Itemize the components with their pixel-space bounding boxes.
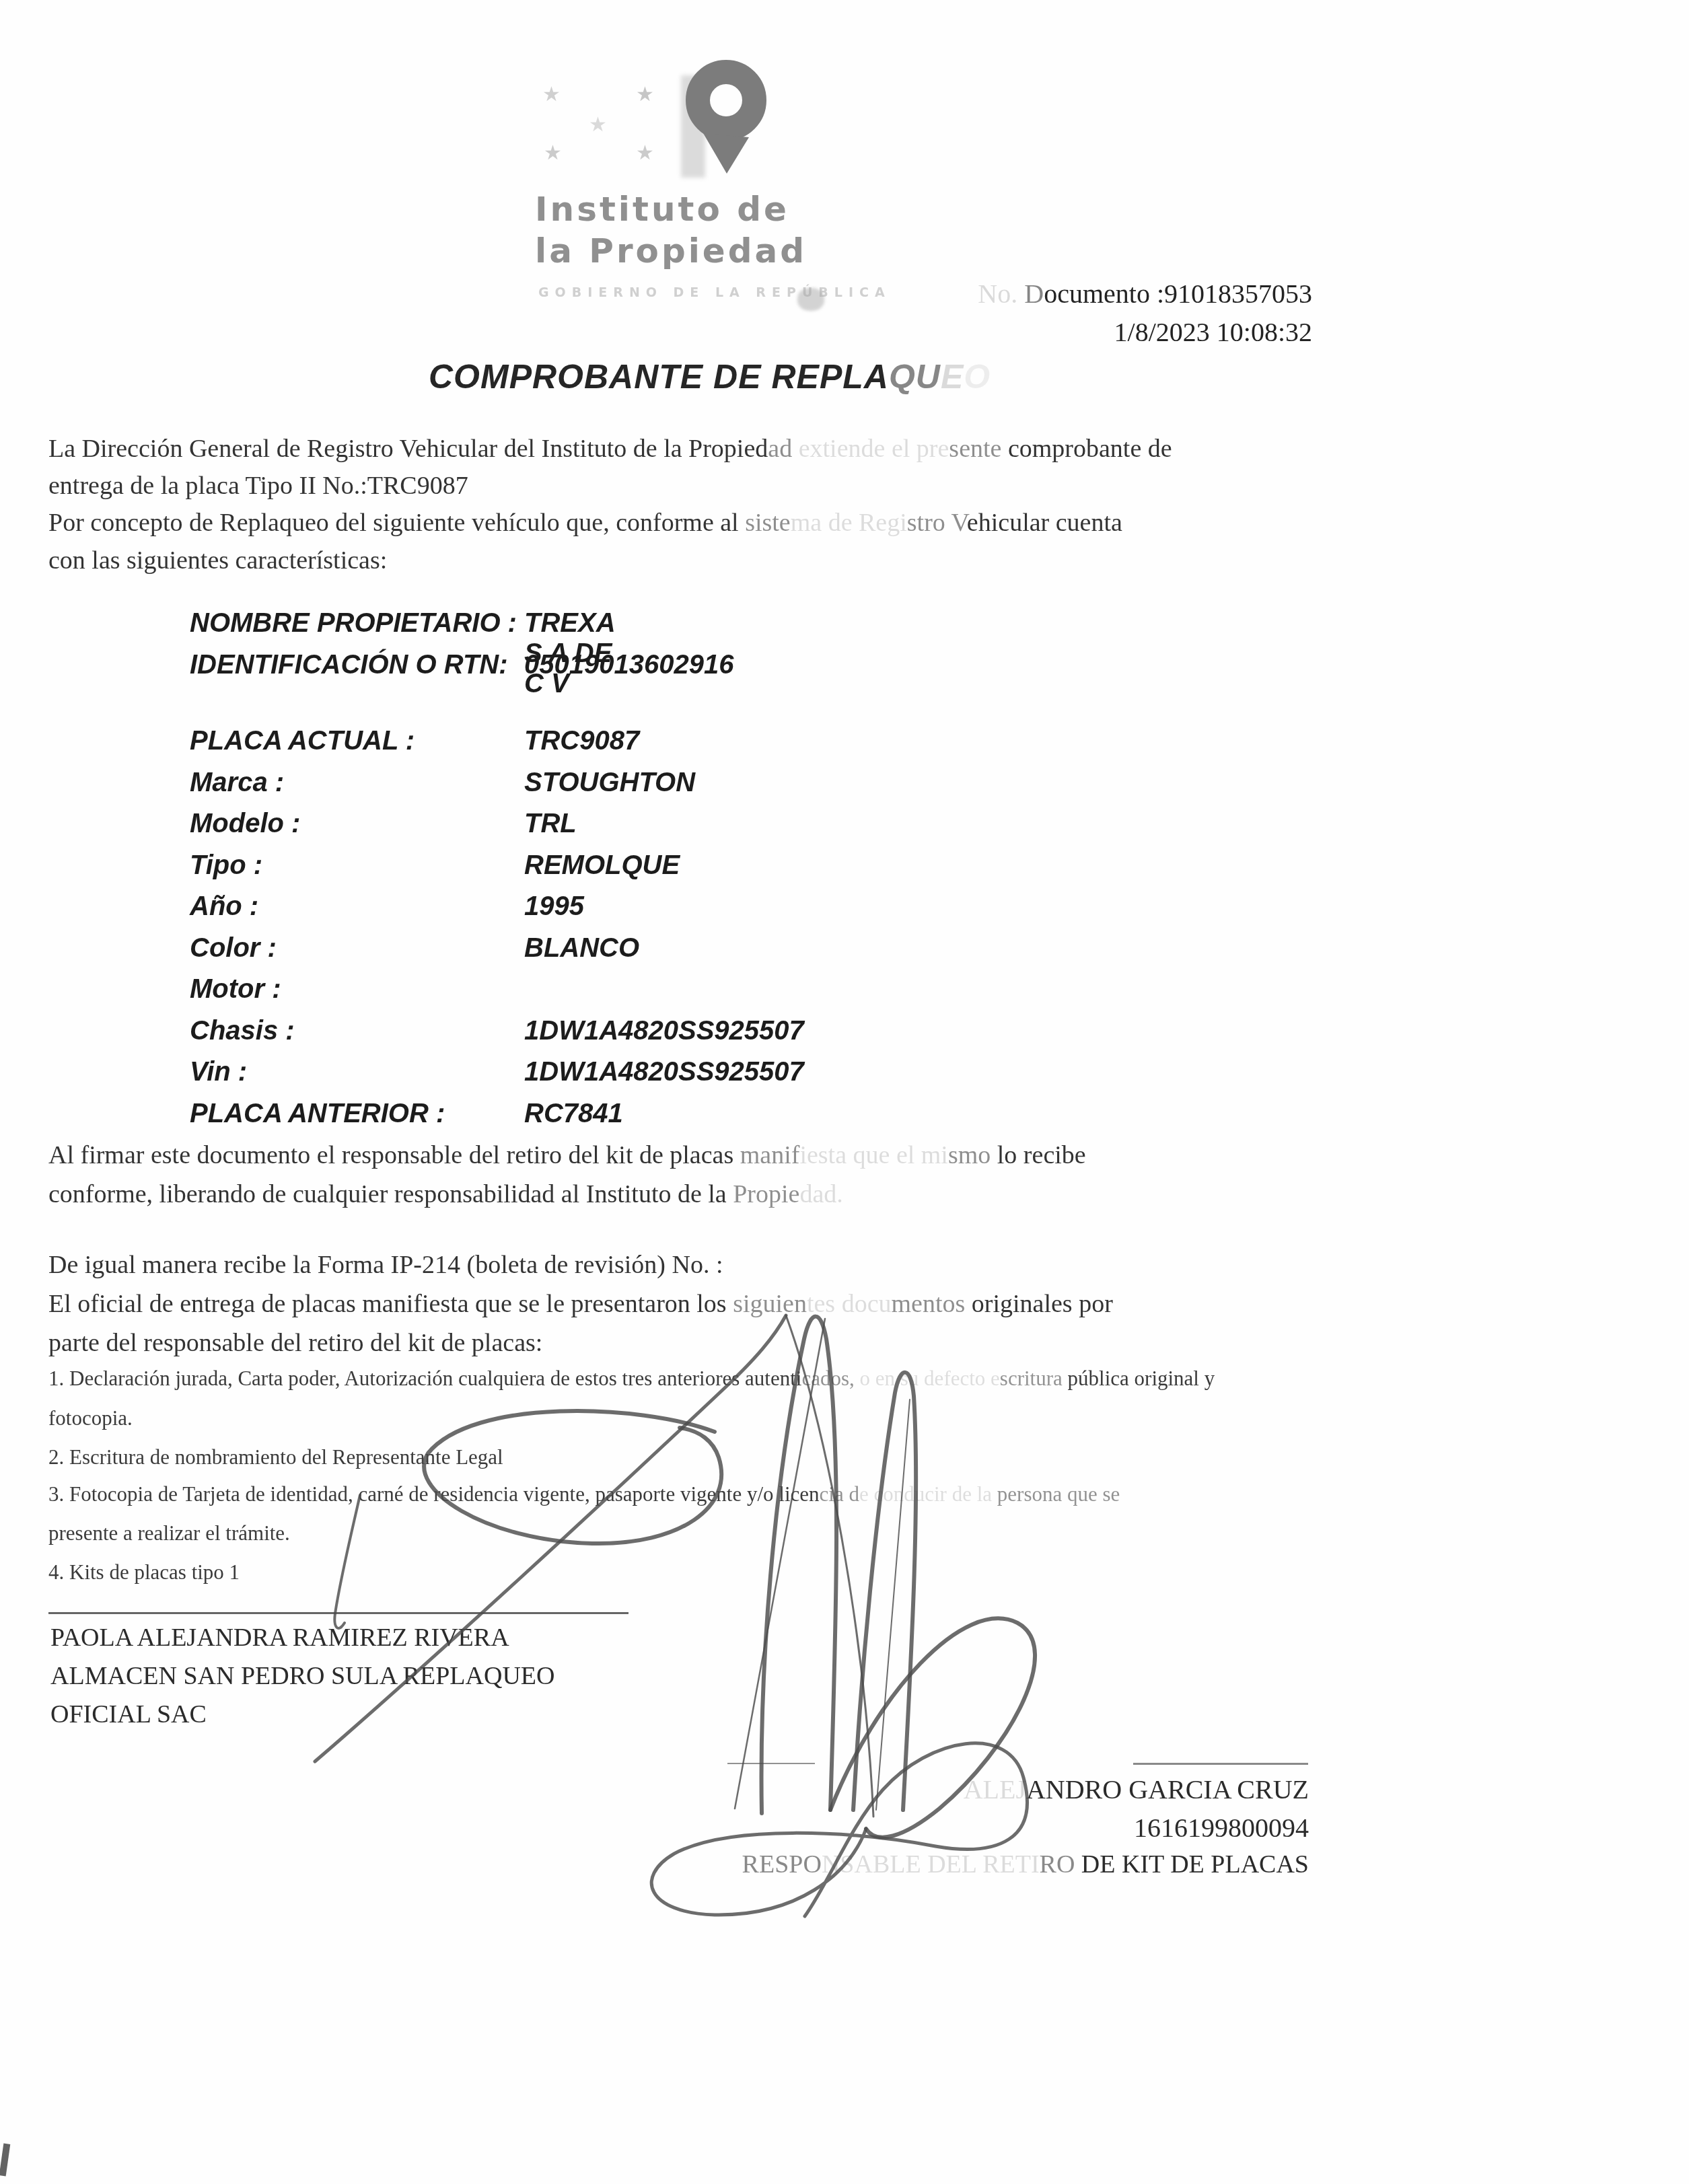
closing-line-1: Al firmar este documento el responsable …	[48, 1140, 1086, 1170]
right-signer-role: RESPONSABLE DEL RETIRO DE KIT DE PLACAS	[742, 1850, 1309, 1879]
field-value: RC7841	[524, 1099, 623, 1129]
closing-line-3: De igual manera recibe la Forma IP-214 (…	[48, 1250, 723, 1280]
text-segment: ocumento :91018357053	[1044, 279, 1312, 309]
field-value: BLANCO	[524, 933, 639, 963]
text-segment: La Dirección General de Registro Vehicul…	[48, 435, 768, 463]
intro-line-3: Por concepto de Replaqueo del siguiente …	[48, 508, 1122, 538]
text-segment: 2. Escritura de nombramiento del Represe…	[48, 1445, 503, 1469]
field-value: REMOLQUE	[524, 850, 680, 881]
text-segment: dad.	[799, 1180, 842, 1208]
text-segment: parte del responsable del retiro del kit…	[48, 1329, 542, 1357]
star-icon: ★	[542, 83, 561, 106]
field-row: Chasis :1DW1A4820SS925507	[190, 1016, 517, 1058]
field-row: IDENTIFICACIÓN O RTN:05019013602916	[190, 650, 517, 692]
document-datetime: 1/8/2023 10:08:32	[1114, 316, 1312, 348]
field-label: NOMBRE PROPIETARIO :	[190, 608, 517, 638]
left-signature-line	[48, 1612, 628, 1614]
field-label: Tipo :	[190, 850, 262, 880]
text-segment: iesta que el mi	[799, 1141, 948, 1169]
ink-smudge	[797, 288, 824, 311]
text-segment: sente	[949, 435, 1008, 463]
text-segment: pública original y	[1068, 1367, 1215, 1390]
field-label: Vin :	[190, 1057, 247, 1087]
text-segment: De igual manera recibe la Forma IP-214 (…	[48, 1251, 723, 1279]
text-segment: extiende el pre	[792, 435, 949, 463]
vehicle-fields-table: NOMBRE PROPIETARIO :TREXA S A DE C VIDEN…	[190, 608, 517, 1140]
star-icon: ★	[636, 141, 654, 165]
field-label: Año :	[190, 891, 258, 921]
right-signature-line	[1133, 1763, 1308, 1765]
right-signature-line-left-segment	[727, 1763, 815, 1764]
requirement-item-1b: fotocopia.	[48, 1406, 133, 1430]
field-row: Modelo :TRL	[190, 809, 517, 850]
field-label: Marca :	[190, 768, 284, 797]
text-segment: Al firmar este documento el responsable …	[48, 1141, 740, 1169]
field-value: 1DW1A4820SS925507	[524, 1057, 804, 1087]
field-label: IDENTIFICACIÓN O RTN:	[190, 650, 508, 680]
text-segment: stro V	[907, 509, 967, 537]
text-segment: El oficial de entrega de placas manifies…	[48, 1290, 733, 1318]
text-segment: originales por	[972, 1290, 1113, 1318]
field-value: 05019013602916	[524, 650, 733, 680]
requirement-item-3b: presente a realizar el trámite.	[48, 1521, 290, 1545]
field-value: STOUGHTON	[524, 768, 695, 798]
text-segment: ma de Regi	[791, 509, 907, 537]
text-segment: conforme, liberando de cualquier respons…	[48, 1180, 733, 1208]
logo-title-line1: Instituto de	[535, 190, 789, 229]
field-row: PLACA ACTUAL :TRC9087	[190, 726, 517, 768]
left-signer-office: ALMACEN SAN PEDRO SULA REPLAQUEO	[50, 1661, 555, 1691]
text-segment: con las siguientes características:	[48, 546, 387, 575]
scan-artifact	[0, 2144, 10, 2177]
requirement-item-3: 3. Fotocopia de Tarjeta de identidad, ca…	[48, 1482, 1120, 1506]
text-segment: RO	[1040, 1850, 1075, 1879]
text-segment: COMPROBANTE DE REPLA	[429, 358, 889, 396]
right-signer-name: ALEJANDRO GARCIA CRUZ	[964, 1774, 1309, 1805]
field-value: 1995	[524, 891, 584, 922]
requirement-item-1: 1. Declaración jurada, Carta poder, Auto…	[48, 1367, 1215, 1391]
field-value: TRL	[524, 809, 577, 839]
text-segment: tes docu	[807, 1290, 892, 1318]
field-label: PLACA ANTERIOR :	[190, 1099, 445, 1128]
text-segment: entrega de la placa Tipo II No.:TRC9087	[48, 472, 468, 500]
field-value: 1DW1A4820SS925507	[524, 1016, 804, 1046]
closing-line-5: parte del responsable del retiro del kit…	[48, 1328, 542, 1358]
field-row: Color :BLANCO	[190, 933, 517, 975]
left-signer-name: PAOLA ALEJANDRA RAMIREZ RIVERA	[50, 1623, 509, 1652]
text-segment: manif	[740, 1141, 800, 1169]
page-title: COMPROBANTE DE REPLAQUEO	[429, 357, 991, 396]
text-segment: smo	[948, 1141, 991, 1169]
left-signer-role: OFICIAL SAC	[50, 1700, 207, 1729]
text-segment: cados,	[801, 1367, 854, 1390]
field-label: Chasis :	[190, 1016, 295, 1046]
text-segment: ehicular cuenta	[967, 509, 1122, 537]
text-segment: ad	[768, 435, 792, 463]
text-segment: QU	[889, 358, 941, 396]
text-segment: D	[1024, 279, 1044, 309]
field-label: Motor :	[190, 974, 281, 1004]
text-segment: Propie	[733, 1180, 799, 1208]
logo-government-line: GOBIERNO DE LA REPÚBLICA	[538, 285, 891, 300]
intro-line-4: con las siguientes características:	[48, 546, 387, 575]
requirement-item-2: 2. Escritura de nombramiento del Represe…	[48, 1445, 503, 1469]
text-segment: mentos	[892, 1290, 972, 1318]
text-segment: presente a realizar el trámite.	[48, 1521, 290, 1545]
document-page: ★ ★ ★ ★ ★ Instituto de la Propiedad GOBI…	[0, 0, 1689, 2184]
text-segment: persona que se	[997, 1482, 1120, 1506]
closing-line-4: El oficial de entrega de placas manifies…	[48, 1289, 1113, 1319]
field-row: Vin :1DW1A4820SS925507	[190, 1057, 517, 1099]
field-label: Modelo :	[190, 809, 300, 838]
field-row: Motor :	[190, 974, 517, 1016]
text-segment: Por concepto de Replaqueo del siguiente …	[48, 509, 745, 537]
text-segment: 4. Kits de placas tipo 1	[48, 1560, 240, 1584]
text-segment: lo recibe	[991, 1141, 1085, 1169]
star-icon: ★	[544, 141, 562, 165]
intro-line-2: entrega de la placa Tipo II No.:TRC9087	[48, 471, 468, 501]
field-label: Color :	[190, 933, 277, 963]
closing-line-2: conforme, liberando de cualquier respons…	[48, 1179, 843, 1209]
field-row: NOMBRE PROPIETARIO :TREXA S A DE C V	[190, 608, 517, 650]
field-value: TRC9087	[524, 726, 639, 756]
star-icon: ★	[636, 83, 654, 106]
text-segment: RESPO	[742, 1850, 822, 1879]
logo-title-line2: la Propiedad	[535, 231, 807, 270]
text-segment: E	[941, 358, 964, 396]
text-segment: o en su defecto e	[855, 1367, 1000, 1390]
star-icon: ★	[589, 113, 607, 137]
text-segment: ANDRO GARCIA CRUZ	[1026, 1774, 1309, 1805]
text-segment: No.	[978, 279, 1024, 309]
text-segment: siguien	[733, 1290, 807, 1318]
field-row: Marca :STOUGHTON	[190, 768, 517, 809]
text-segment: siste	[745, 509, 791, 537]
text-segment: scritura	[1000, 1367, 1068, 1390]
logo-stem-bar	[681, 75, 705, 178]
text-segment: comprobante de	[1008, 435, 1172, 463]
text-segment: DE KIT DE PLACAS	[1075, 1850, 1309, 1879]
text-segment: ALEJ	[964, 1774, 1026, 1805]
text-segment: 1. Declaración jurada, Carta poder, Auto…	[48, 1367, 801, 1390]
field-row: Año :1995	[190, 891, 517, 933]
field-row: Tipo :REMOLQUE	[190, 850, 517, 892]
field-row: PLACA ANTERIOR :RC7841	[190, 1099, 517, 1140]
text-segment: 3. Fotocopia de Tarjeta de identidad, ca…	[48, 1482, 820, 1506]
text-segment: cia d	[820, 1482, 859, 1506]
intro-line-1: La Dirección General de Registro Vehicul…	[48, 434, 1172, 464]
requirement-item-4: 4. Kits de placas tipo 1	[48, 1560, 240, 1585]
field-label: PLACA ACTUAL :	[190, 726, 415, 756]
text-segment: fotocopia.	[48, 1406, 133, 1430]
right-signer-id: 1616199800094	[1134, 1812, 1309, 1844]
document-number: No. Documento :91018357053	[978, 278, 1312, 310]
text-segment: O	[964, 358, 991, 396]
text-segment: e conducir de la	[859, 1482, 997, 1506]
text-segment: NSABLE DEL RETI	[822, 1850, 1040, 1879]
